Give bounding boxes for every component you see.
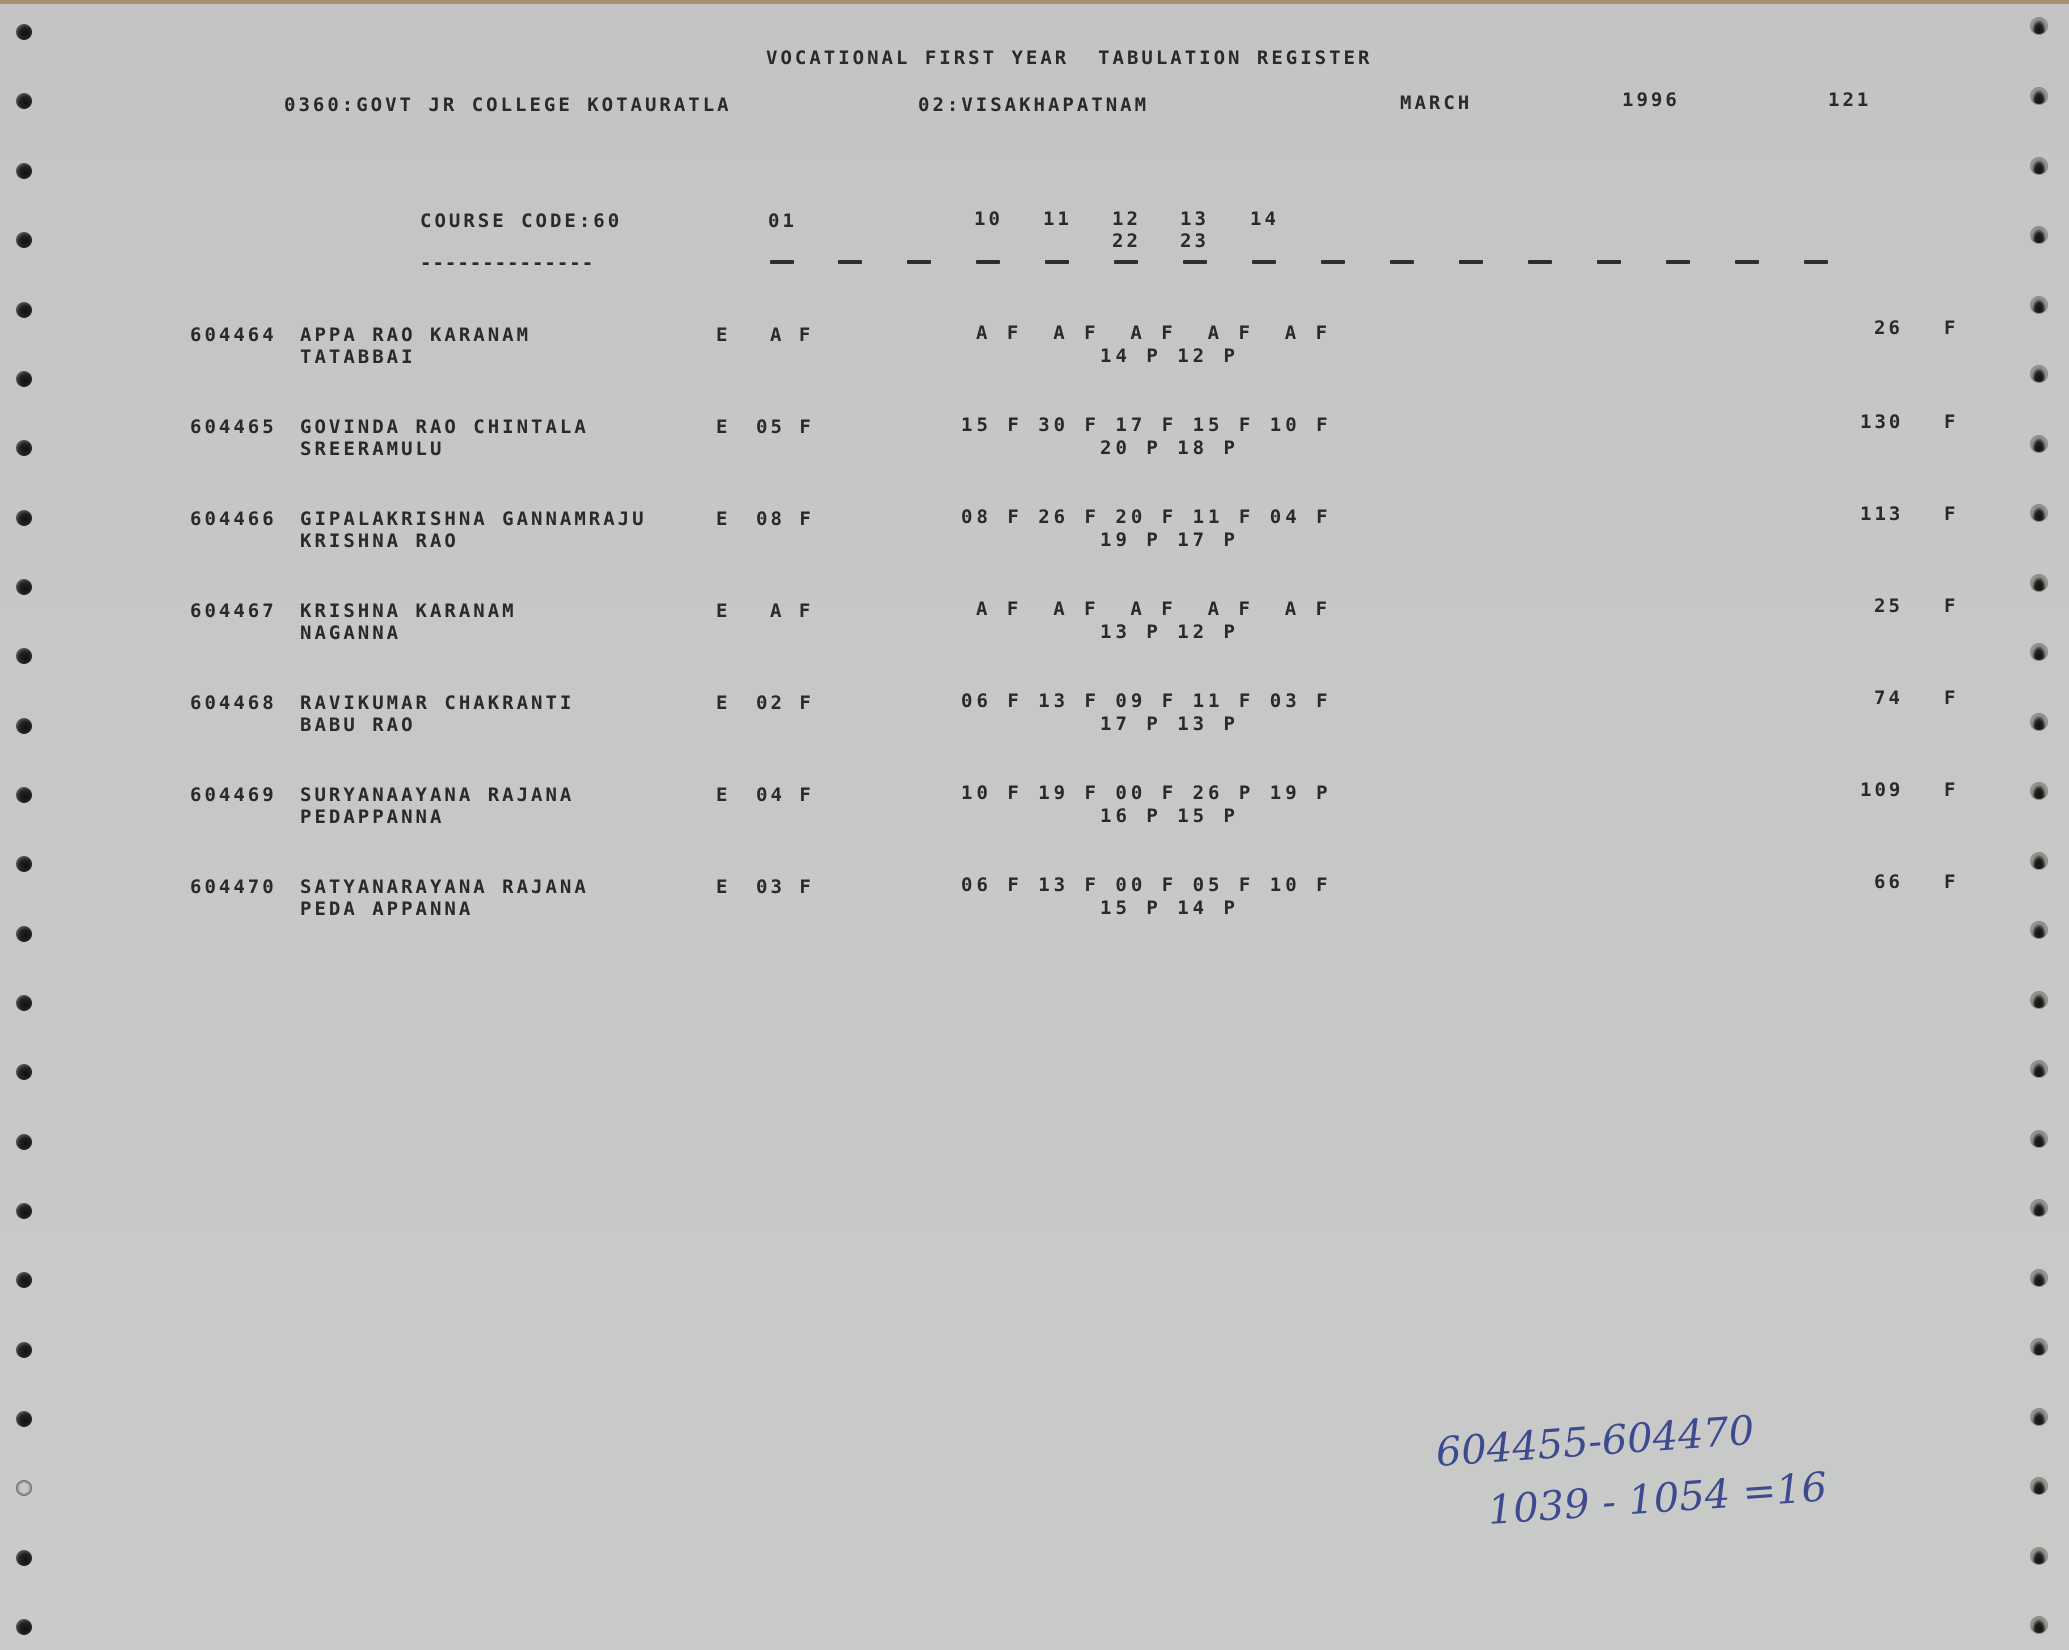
column-header-13: 13 — [1180, 208, 1209, 230]
hall-ticket-number: 604467 — [190, 600, 277, 622]
subject-marks-line1: A F A F A F A F A F — [976, 598, 1331, 620]
subject-marks-line2: 13 P 12 P — [1100, 621, 1239, 643]
subject-marks-line2: 19 P 17 P — [1100, 529, 1239, 551]
language-code: E — [716, 416, 730, 438]
result-status: F — [1944, 503, 1958, 525]
father-name: NAGANNA — [300, 622, 401, 644]
subject-marks-line1: 08 F 26 F 20 F 11 F 04 F — [961, 506, 1332, 528]
subject-marks-line1: 06 F 13 F 09 F 11 F 03 F — [961, 690, 1332, 712]
hall-ticket-number: 604469 — [190, 784, 277, 806]
hall-ticket-number: 604465 — [190, 416, 277, 438]
result-status: F — [1944, 779, 1958, 801]
student-name: SATYANARAYANA RAJANA — [300, 876, 589, 898]
student-name: KRISHNA KARANAM — [300, 600, 517, 622]
column-header-01: 01 — [768, 210, 797, 232]
tabulation-register-sheet: VOCATIONAL FIRST YEAR TABULATION REGISTE… — [0, 0, 2069, 1650]
result-status: F — [1944, 687, 1958, 709]
hall-ticket-number: 604466 — [190, 508, 277, 530]
total-marks: 25 — [1874, 595, 1903, 617]
hall-ticket-number: 604470 — [190, 876, 277, 898]
subject-01-marks: 08 F — [756, 508, 814, 530]
hall-ticket-number: 604468 — [190, 692, 277, 714]
subject-01-marks: 02 F — [756, 692, 814, 714]
page-number: 121 — [1828, 89, 1871, 111]
result-status: F — [1944, 317, 1958, 339]
father-name: SREERAMULU — [300, 438, 444, 460]
subject-marks-line2: 15 P 14 P — [1100, 897, 1239, 919]
total-marks: 109 — [1860, 779, 1903, 801]
subject-marks-line1: 15 F 30 F 17 F 15 F 10 F — [961, 414, 1332, 436]
hall-ticket-number: 604464 — [190, 324, 277, 346]
subject-01-marks: 03 F — [756, 876, 814, 898]
father-name: BABU RAO — [300, 714, 416, 736]
handwritten-count-note: 1039 - 1054 =16 — [1486, 1464, 1828, 1534]
column-header-23: 23 — [1180, 230, 1209, 252]
student-name: RAVIKUMAR CHAKRANTI — [300, 692, 574, 714]
district-name: 02:VISAKHAPATNAM — [918, 94, 1149, 116]
subject-marks-line2: 14 P 12 P — [1100, 345, 1239, 367]
subject-marks-line2: 16 P 15 P — [1100, 805, 1239, 827]
language-code: E — [716, 600, 730, 622]
student-name: SURYANAAYANA RAJANA — [300, 784, 574, 806]
student-name: GOVINDA RAO CHINTALA — [300, 416, 589, 438]
column-header-11: 11 — [1043, 208, 1072, 230]
handwritten-range-note: 604455-604470 — [1434, 1408, 1755, 1476]
language-code: E — [716, 876, 730, 898]
language-code: E — [716, 784, 730, 806]
total-marks: 130 — [1860, 411, 1903, 433]
subject-marks-line2: 17 P 13 P — [1100, 713, 1239, 735]
result-status: F — [1944, 595, 1958, 617]
total-marks: 26 — [1874, 317, 1903, 339]
exam-year: 1996 — [1622, 89, 1680, 111]
total-marks: 113 — [1860, 503, 1903, 525]
subject-01-marks: 05 F — [756, 416, 814, 438]
father-name: PEDA APPANNA — [300, 898, 473, 920]
column-header-22: 22 — [1112, 230, 1141, 252]
course-code-underline: -------------- — [420, 252, 594, 274]
college-name: 0360:GOVT JR COLLEGE KOTAURATLA — [284, 94, 732, 116]
subject-marks-line1: 06 F 13 F 00 F 05 F 10 F — [961, 874, 1332, 896]
column-header-12: 12 — [1112, 208, 1141, 230]
total-marks: 74 — [1874, 687, 1903, 709]
language-code: E — [716, 692, 730, 714]
father-name: KRISHNA RAO — [300, 530, 459, 552]
student-name: GIPALAKRISHNA GANNAMRAJU — [300, 508, 647, 530]
exam-month: MARCH — [1400, 92, 1472, 114]
column-header-10: 10 — [974, 208, 1003, 230]
subject-marks-line1: A F A F A F A F A F — [976, 322, 1331, 344]
language-code: E — [716, 324, 730, 346]
result-status: F — [1944, 871, 1958, 893]
column-header-14: 14 — [1250, 208, 1279, 230]
course-code-label: COURSE CODE:60 — [420, 210, 622, 232]
subject-01-marks: A F — [770, 324, 813, 346]
father-name: TATABBAI — [300, 346, 416, 368]
father-name: PEDAPPANNA — [300, 806, 444, 828]
subject-marks-line2: 20 P 18 P — [1100, 437, 1239, 459]
subject-marks-line1: 10 F 19 F 00 F 26 P 19 P — [961, 782, 1332, 804]
result-status: F — [1944, 411, 1958, 433]
subject-01-marks: A F — [770, 600, 813, 622]
subject-01-marks: 04 F — [756, 784, 814, 806]
student-name: APPA RAO KARANAM — [300, 324, 531, 346]
register-title: VOCATIONAL FIRST YEAR TABULATION REGISTE… — [766, 47, 1372, 69]
language-code: E — [716, 508, 730, 530]
total-marks: 66 — [1874, 871, 1903, 893]
